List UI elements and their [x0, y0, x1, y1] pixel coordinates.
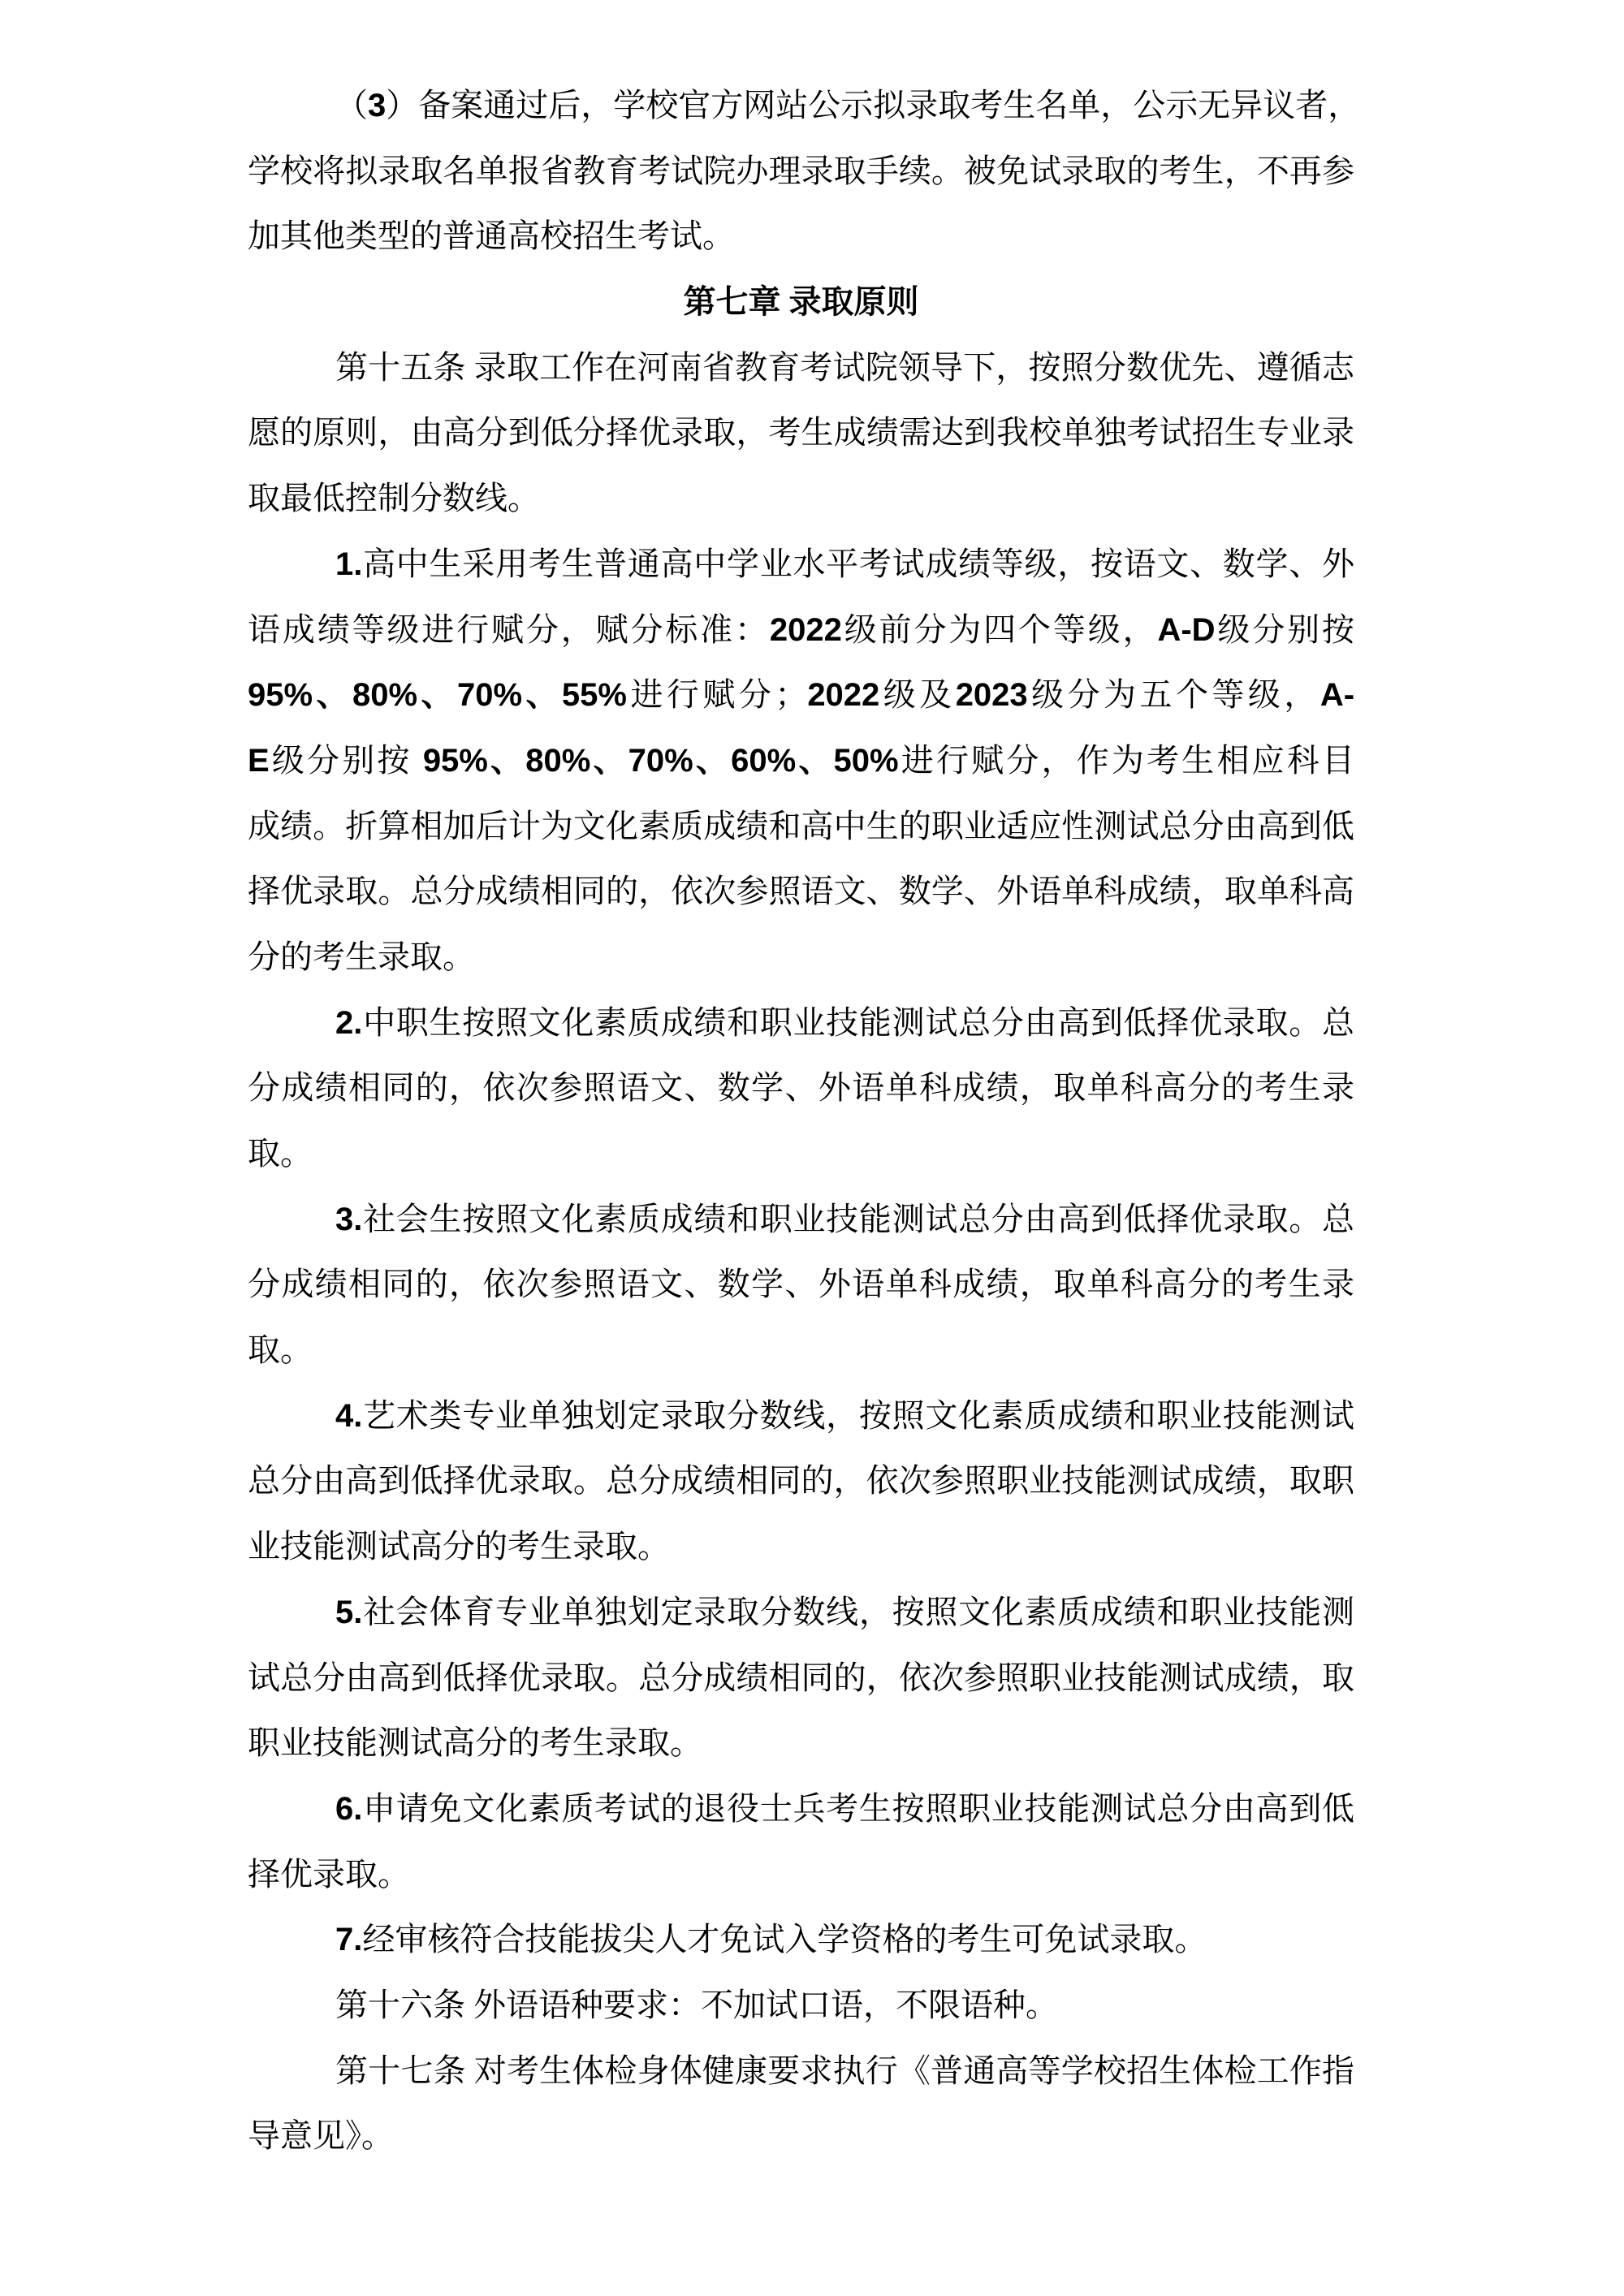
bold-text: 4. — [335, 1398, 362, 1434]
body-text: 分成绩相同的，依次参照语文、数学、外语单科成绩，取单科高分的考生录 — [248, 1069, 1354, 1106]
bold-text: 2. — [335, 1005, 362, 1041]
body-text: 愿的原则，由高分到低分择优录取，考生成绩需达到我校单独考试招生专业录 — [248, 414, 1354, 451]
document-content: （3）备案通过后，学校官方网站公示拟录取考生名单，公示无异议者，学校将拟录取名单… — [248, 73, 1354, 2169]
text-line: 取最低控制分数线。 — [248, 466, 1354, 532]
body-text: 艺术类专业单独划定录取分数线，按照文化素质成绩和职业技能测试 — [362, 1397, 1354, 1434]
text-line: （3）备案通过后，学校官方网站公示拟录取考生名单，公示无异议者， — [248, 73, 1354, 139]
text-line: 3.社会生按照文化素质成绩和职业技能测试总分由高到低择优录取。总 — [248, 1187, 1354, 1253]
body-text: 导意见》。 — [248, 2117, 394, 2154]
body-text: （ — [335, 87, 368, 123]
body-text: 进行赋分，作为考生相应科目 — [899, 742, 1354, 779]
bold-text: 5. — [335, 1595, 362, 1630]
body-text: 取最低控制分数线。 — [248, 480, 540, 516]
body-text: 级分别按 — [1216, 611, 1354, 648]
body-text: 总分由高到低择优录取。总分成绩相同的，依次参照职业技能测试成绩，取职 — [248, 1462, 1354, 1499]
text-line: 总分由高到低择优录取。总分成绩相同的，依次参照职业技能测试成绩，取职 — [248, 1448, 1354, 1514]
text-line: 6.申请免文化素质考试的退役士兵考生按照职业技能测试总分由高到低 — [248, 1776, 1354, 1842]
body-text: 取。 — [248, 1331, 313, 1368]
text-line: 语成绩等级进行赋分，赋分标准：2022级前分为四个等级，A-D级分别按 — [248, 598, 1354, 663]
body-text: 试总分由高到低择优录取。总分成绩相同的，依次参照职业技能测试成绩，取 — [248, 1659, 1354, 1696]
body-text: 中职生按照文化素质成绩和职业技能测试总分由高到低择优录取。总 — [362, 1004, 1354, 1041]
text-line: 愿的原则，由高分到低分择优录取，考生成绩需达到我校单独考试招生专业录 — [248, 400, 1354, 466]
bold-text: 2022 — [770, 612, 842, 648]
body-text: 第十七条 对考生体检身体健康要求执行《普通高等学校招生体检工作指 — [335, 2052, 1354, 2089]
bold-text: 3. — [335, 1202, 362, 1237]
bold-text: 2023 — [956, 677, 1028, 713]
bold-text: A-D — [1157, 612, 1215, 648]
bold-text: 2022 — [807, 677, 879, 713]
text-line: 95%、80%、70%、55%进行赋分；2022级及2023级分为五个等级，A- — [248, 662, 1354, 728]
body-text: 级前分为四个等级， — [842, 611, 1158, 648]
body-text: 第十六条 外语语种要求：不加试口语，不限语种。 — [335, 1987, 1058, 2023]
text-line: 导意见》。 — [248, 2104, 1354, 2169]
text-line: 职业技能测试高分的考生录取。 — [248, 1711, 1354, 1776]
body-text: 分的考生录取。 — [248, 939, 475, 975]
text-line: 4.艺术类专业单独划定录取分数线，按照文化素质成绩和职业技能测试 — [248, 1383, 1354, 1449]
body-text: 高中生采用考生普通高中学业水平考试成绩等级，按语文、数学、外 — [362, 546, 1354, 582]
text-line: E级分别按 95%、80%、70%、60%、50%进行赋分，作为考生相应科目 — [248, 728, 1354, 794]
body-text: 择优录取。总分成绩相同的，依次参照语文、数学、外语单科成绩，取单科高 — [248, 873, 1354, 909]
body-text: 分成绩相同的，依次参照语文、数学、外语单科成绩，取单科高分的考生录 — [248, 1266, 1354, 1302]
text-line: 第十七条 对考生体检身体健康要求执行《普通高等学校招生体检工作指 — [248, 2039, 1354, 2104]
text-line: 取。 — [248, 1318, 1354, 1383]
body-text: 经审核符合技能拔尖人才免试入学资格的考生可免试录取。 — [362, 1921, 1207, 1957]
text-line: 择优录取。 — [248, 1842, 1354, 1908]
document-page: （3）备案通过后，学校官方网站公示拟录取考生名单，公示无异议者，学校将拟录取名单… — [0, 0, 1624, 2296]
bold-text: 6. — [335, 1791, 362, 1827]
bold-text: 95%、80%、70%、60%、50% — [423, 743, 899, 779]
text-line: 分的考生录取。 — [248, 925, 1354, 990]
body-text: 级及 — [879, 676, 955, 713]
body-text: 第十五条 录取工作在河南省教育考试院领导下，按照分数优先、遵循志 — [335, 349, 1354, 386]
text-line: 5.社会体育专业单独划定录取分数线，按照文化素质成绩和职业技能测 — [248, 1580, 1354, 1646]
text-line: 试总分由高到低择优录取。总分成绩相同的，依次参照职业技能测试成绩，取 — [248, 1646, 1354, 1711]
chapter-heading: 第七章 录取原则 — [248, 270, 1354, 335]
text-line: 择优录取。总分成绩相同的，依次参照语文、数学、外语单科成绩，取单科高 — [248, 859, 1354, 925]
body-text: 进行赋分； — [627, 676, 807, 713]
body-text: 社会生按照文化素质成绩和职业技能测试总分由高到低择优录取。总 — [362, 1201, 1354, 1237]
body-text: 择优录取。 — [248, 1856, 410, 1892]
text-line: 业技能测试高分的考生录取。 — [248, 1514, 1354, 1580]
text-line: 取。 — [248, 1121, 1354, 1187]
body-text: 取。 — [248, 1135, 313, 1172]
body-text: 语成绩等级进行赋分，赋分标准： — [248, 611, 770, 648]
body-text: 级分别按 — [270, 742, 423, 779]
text-line: 分成绩相同的，依次参照语文、数学、外语单科成绩，取单科高分的考生录 — [248, 1055, 1354, 1121]
text-line: 学校将拟录取名单报省教育考试院办理录取手续。被免试录取的考生，不再参 — [248, 139, 1354, 205]
text-line: 第十五条 录取工作在河南省教育考试院领导下，按照分数优先、遵循志 — [248, 335, 1354, 401]
bold-text: 7. — [335, 1922, 362, 1957]
body-text: 级分为五个等级， — [1028, 676, 1320, 713]
body-text: 社会体育专业单独划定录取分数线，按照文化素质成绩和职业技能测 — [362, 1594, 1354, 1630]
body-text: 第七章 录取原则 — [684, 283, 919, 320]
bold-text: E — [248, 743, 270, 779]
body-text: 学校将拟录取名单报省教育考试院办理录取手续。被免试录取的考生，不再参 — [248, 153, 1354, 189]
text-line: 成绩。折算相加后计为文化素质成绩和高中生的职业适应性测试总分由高到低 — [248, 794, 1354, 860]
body-text: 业技能测试高分的考生录取。 — [248, 1528, 670, 1564]
text-line: 2.中职生按照文化素质成绩和职业技能测试总分由高到低择优录取。总 — [248, 990, 1354, 1056]
text-line: 第十六条 外语语种要求：不加试口语，不限语种。 — [248, 1973, 1354, 2039]
text-line: 分成绩相同的，依次参照语文、数学、外语单科成绩，取单科高分的考生录 — [248, 1252, 1354, 1318]
text-line: 1.高中生采用考生普通高中学业水平考试成绩等级，按语文、数学、外 — [248, 532, 1354, 598]
body-text: 加其他类型的普通高校招生考试。 — [248, 218, 735, 254]
bold-text: 95%、80%、70%、55% — [248, 677, 627, 713]
body-text: 申请免文化素质考试的退役士兵考生按照职业技能测试总分由高到低 — [362, 1790, 1354, 1827]
bold-text: A- — [1320, 677, 1354, 713]
body-text: 职业技能测试高分的考生录取。 — [248, 1724, 702, 1761]
text-line: 加其他类型的普通高校招生考试。 — [248, 204, 1354, 270]
text-line: 7.经审核符合技能拔尖人才免试入学资格的考生可免试录取。 — [248, 1907, 1354, 1973]
bold-text: 1. — [335, 546, 362, 582]
body-text: ）备案通过后，学校官方网站公示拟录取考生名单，公示无异议者， — [386, 87, 1360, 123]
bold-text: 3 — [368, 88, 386, 123]
body-text: 成绩。折算相加后计为文化素质成绩和高中生的职业适应性测试总分由高到低 — [248, 808, 1354, 844]
